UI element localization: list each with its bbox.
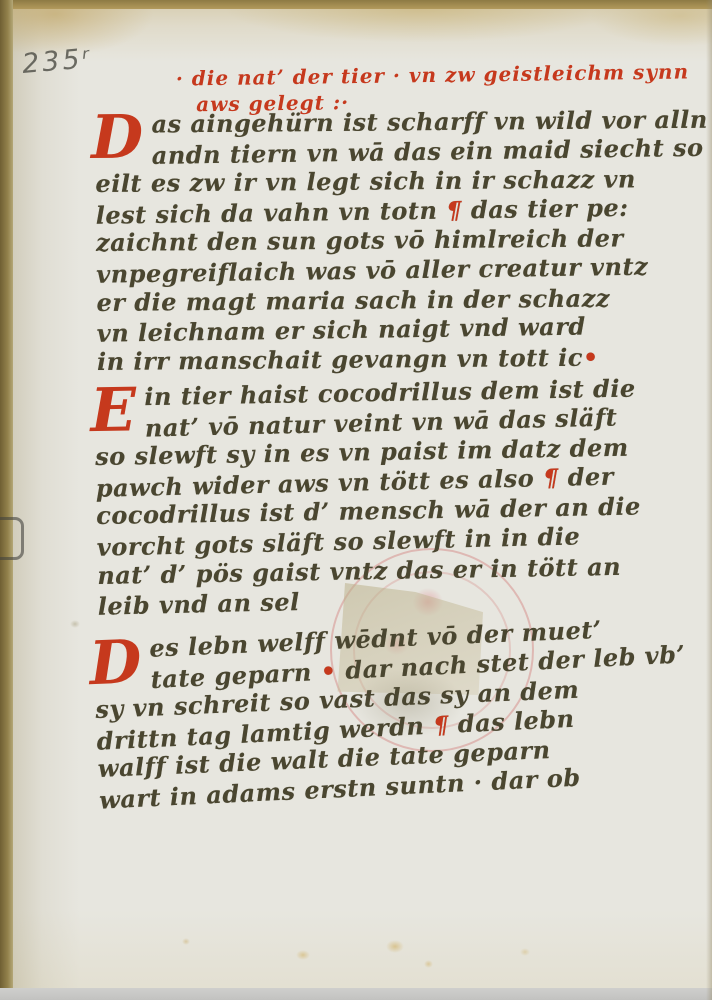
paragraph-mark: ¶ <box>432 710 449 740</box>
page-edge-right <box>706 0 712 1000</box>
edge-stamp-mark <box>0 517 24 560</box>
manuscript-page-scan: 235ʳ · die nat’ der tier · vn zw geistle… <box>0 0 712 1000</box>
stain-speck <box>70 620 80 628</box>
paragraph: Ein tier haist cocodrillus dem ist diena… <box>94 373 678 620</box>
stain-speck <box>296 950 310 960</box>
text-block: Das aingehürn ist scharff vn wild vor al… <box>96 110 676 814</box>
paragraph-mark: ¶ <box>446 195 462 224</box>
paragraph: Das aingehürn ist scharff vn wild vor al… <box>95 105 677 376</box>
scan-edge-bottom <box>0 988 712 1000</box>
stain-speck <box>424 960 433 968</box>
paragraph-mark: • <box>320 656 337 686</box>
folio-number: 235ʳ <box>21 43 94 80</box>
page-edge-top <box>0 0 712 9</box>
binding-edge-left <box>0 0 13 1000</box>
stain-speck <box>520 948 530 956</box>
paragraph: Des lebn welff wēdnt vō der muet’tate ge… <box>92 612 679 814</box>
paragraph-mark: ¶ <box>543 463 559 492</box>
paragraph-mark: • <box>583 342 599 371</box>
stain-speck <box>182 938 190 945</box>
stain-speck <box>386 940 404 953</box>
